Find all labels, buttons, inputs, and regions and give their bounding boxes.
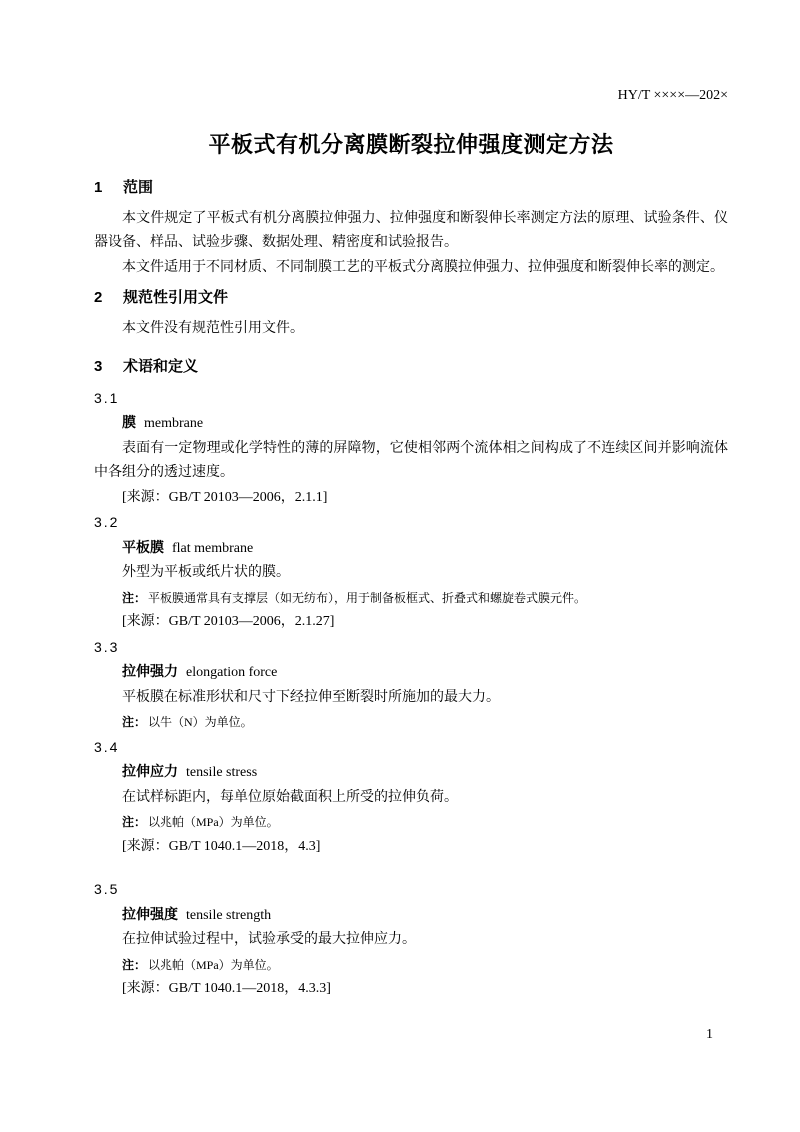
term-source: [来源：GB/T 20103—2006，2.1.1]	[94, 486, 728, 511]
term-id: 3.4	[94, 735, 728, 760]
term-definition: 平板膜在标准形状和尺寸下经拉伸至断裂时所施加的最大力。	[94, 686, 728, 711]
note-label: 注：	[122, 815, 146, 829]
term-name: 拉伸强力elongation force	[94, 659, 728, 686]
note-label: 注：	[122, 591, 146, 605]
term-name-zh: 膜	[122, 414, 136, 430]
term-name-en: tensile strength	[186, 908, 271, 923]
page-number: 1	[706, 1027, 713, 1042]
note-text: 平板膜通常具有支撑层（如无纺布），用于制备板框式、折叠式和螺旋卷式膜元件。	[148, 591, 586, 605]
term-definition: 表面有一定物理或化学特性的薄的屏障物，它使相邻两个流体相之间构成了不连续区间并影…	[94, 437, 728, 486]
section-1-heading: 1范围	[94, 176, 728, 201]
document-header: HY/T ××××—202×	[94, 88, 728, 104]
term-name: 拉伸应力tensile stress	[94, 759, 728, 786]
paragraph: 本文件适用于不同材质、不同制膜工艺的平板式分离膜拉伸强力、拉伸强度和断裂伸长率的…	[94, 256, 728, 281]
term-name: 膜membrane	[94, 410, 728, 437]
page-footer: 1	[94, 1027, 728, 1043]
term-note: 注：以兆帕（MPa）为单位。	[94, 810, 728, 835]
section-2-number: 2	[94, 286, 123, 311]
section-1-number: 1	[94, 176, 123, 201]
term-name-zh: 拉伸强度	[122, 906, 178, 922]
page-title: 平板式有机分离膜断裂拉伸强度测定方法	[94, 130, 728, 160]
term-3-3: 3.3 拉伸强力elongation force 平板膜在标准形状和尺寸下经拉伸…	[94, 635, 728, 735]
doc-number: HY/T ××××—202×	[618, 88, 728, 103]
term-note: 注：以牛（N）为单位。	[94, 710, 728, 735]
term-name-zh: 拉伸强力	[122, 663, 178, 679]
term-name-en: flat membrane	[172, 541, 253, 556]
term-name-en: tensile stress	[186, 765, 257, 780]
section-3-title: 术语和定义	[123, 358, 198, 375]
term-id: 3.2	[94, 510, 728, 535]
note-label: 注：	[122, 958, 146, 972]
section-3-heading: 3术语和定义	[94, 355, 728, 380]
term-id: 3.1	[94, 386, 728, 411]
section-2-title: 规范性引用文件	[123, 289, 228, 306]
section-2-heading: 2规范性引用文件	[94, 286, 728, 311]
term-3-1: 3.1 膜membrane 表面有一定物理或化学特性的薄的屏障物，它使相邻两个流…	[94, 386, 728, 511]
term-3-5: 3.5 拉伸强度tensile strength 在拉伸试验过程中，试验承受的最…	[94, 877, 728, 1002]
term-definition: 在拉伸试验过程中，试验承受的最大拉伸应力。	[94, 928, 728, 953]
term-name-zh: 平板膜	[122, 539, 164, 555]
note-text: 以牛（N）为单位。	[148, 715, 253, 729]
note-text: 以兆帕（MPa）为单位。	[148, 815, 279, 829]
document-page: HY/T ××××—202× 平板式有机分离膜断裂拉伸强度测定方法 1范围 本文…	[0, 0, 800, 1132]
term-definition: 外型为平板或纸片状的膜。	[94, 561, 728, 586]
term-name-zh: 拉伸应力	[122, 763, 178, 779]
note-label: 注：	[122, 715, 146, 729]
term-3-4: 3.4 拉伸应力tensile stress 在试样标距内，每单位原始截面积上所…	[94, 735, 728, 860]
term-id: 3.3	[94, 635, 728, 660]
note-text: 以兆帕（MPa）为单位。	[148, 958, 279, 972]
term-3-2: 3.2 平板膜flat membrane 外型为平板或纸片状的膜。 注：平板膜通…	[94, 510, 728, 635]
section-3-number: 3	[94, 355, 123, 380]
term-note: 注：平板膜通常具有支撑层（如无纺布），用于制备板框式、折叠式和螺旋卷式膜元件。	[94, 586, 728, 611]
term-source: [来源：GB/T 20103—2006，2.1.27]	[94, 610, 728, 635]
paragraph: 本文件没有规范性引用文件。	[94, 317, 728, 342]
term-name-en: elongation force	[186, 665, 277, 680]
term-name-en: membrane	[144, 416, 203, 431]
section-terms-definitions: 3术语和定义 3.1 膜membrane 表面有一定物理或化学特性的薄的屏障物，…	[94, 355, 728, 1002]
term-id: 3.5	[94, 877, 728, 902]
term-name: 拉伸强度tensile strength	[94, 902, 728, 929]
term-source: [来源：GB/T 1040.1—2018，4.3]	[94, 835, 728, 860]
term-definition: 在试样标距内，每单位原始截面积上所受的拉伸负荷。	[94, 786, 728, 811]
term-source: [来源：GB/T 1040.1—2018，4.3.3]	[94, 977, 728, 1002]
section-scope: 1范围 本文件规定了平板式有机分离膜拉伸强力、拉伸强度和断裂伸长率测定方法的原理…	[94, 176, 728, 280]
term-name: 平板膜flat membrane	[94, 535, 728, 562]
section-normative-references: 2规范性引用文件 本文件没有规范性引用文件。	[94, 286, 728, 341]
section-1-title: 范围	[123, 179, 153, 196]
paragraph: 本文件规定了平板式有机分离膜拉伸强力、拉伸强度和断裂伸长率测定方法的原理、试验条…	[94, 207, 728, 256]
term-note: 注：以兆帕（MPa）为单位。	[94, 953, 728, 978]
